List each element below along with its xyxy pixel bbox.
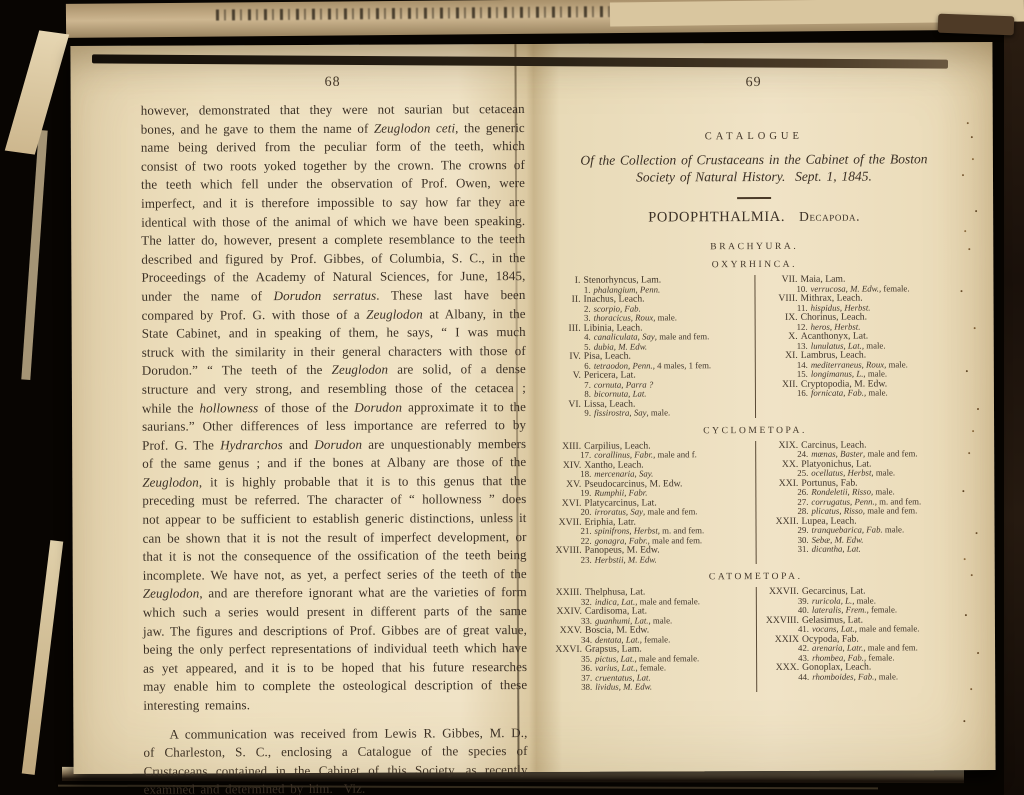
species-entry: 38.lividus, M. Edw. [548,682,752,692]
section-columns: I.Stenorhyncus, Lam.1.phalangium, Penn.I… [536,274,973,418]
page-69: 69 CATALOGUE Of the Collection of Crusta… [515,42,995,772]
order-subtitle: Decapoda. [799,209,860,224]
section-cyclometopa: CYCLOMETOPA.XIII.Carpilius, Leach.17.cor… [537,425,974,565]
species-entry: 9.fissirostra, Say, male. [547,408,751,418]
group-heading: BRACHYURA. [536,241,972,253]
page-68-paragraph-2: A communication was received from Lewis … [143,724,527,795]
stacked-pages-left-edge [21,130,47,380]
binding-smudge [938,14,1015,36]
order-title: PODOPHTHALMIA. [648,209,785,226]
book-cloth-edge [1004,0,1024,795]
species-entry: 23.Herbstii, M. Edw. [548,555,752,565]
column-left: I.Stenorhyncus, Lam.1.phalangium, Penn.I… [536,275,755,418]
column-right: XXVII.Gecarcinus, Lat.39.ruricola, L., m… [756,586,974,691]
page-number-68: 68 [141,74,525,92]
page-68-text-block: however, demonstrated that they were not… [141,100,528,795]
section-oxyrhinca: OXYRHINCA.I.Stenorhyncus, Lam.1.phalangi… [536,259,973,418]
section-label: CATOMETOPA. [538,571,974,583]
stacked-pages-left-lower [22,540,64,775]
catalogue-sections: OXYRHINCA.I.Stenorhyncus, Lam.1.phalangi… [536,259,974,692]
catalogue-title: CATALOGUE [536,130,972,143]
order-heading: PODOPHTHALMIA.Decapoda. [536,208,972,227]
catalogue-subtitle-line-1: Of the Collection of Crustaceans in the … [536,151,972,169]
section-label: OXYRHINCA. [536,259,972,271]
catalogue-subtitle-line-2: Society of Natural History. Sept. 1, 184… [536,168,972,186]
species-entry: 16.fornicata, Fab., male. [764,388,973,398]
column-right: XIX.Carcinus, Leach.24.mœnas, Baster, ma… [755,440,974,564]
page-number-69: 69 [536,74,972,92]
page-68-paragraph-1: however, demonstrated that they were not… [141,100,528,715]
column-left: XIII.Carpilius, Leach.17.corallinus, Fab… [537,441,756,565]
column-left: XXIII.Thelphusa, Lat.32.indica, Lat., ma… [538,587,756,692]
book-photograph: 68 however, demonstrated that they were … [0,0,1024,795]
section-label: CYCLOMETOPA. [537,425,973,437]
column-right: VII.Maia, Lam.10.verrucosa, M. Edw., fem… [754,274,973,417]
foxing-speckles [967,122,969,124]
catalogue-subtitle: Of the Collection of Crustaceans in the … [536,151,972,186]
species-entry: 44.rhomboides, Fab., male. [765,672,974,682]
section-columns: XXIII.Thelphusa, Lat.32.indica, Lat., ma… [538,586,974,692]
divider-rule [737,197,771,199]
section-columns: XIII.Carpilius, Leach.17.corallinus, Fab… [537,440,974,565]
page-68: 68 however, demonstrated that they were … [70,44,518,774]
species-entry: 31.dicantha, Lat. [765,544,974,554]
stacked-pages-left-corner [5,30,69,154]
section-catometopa: CATOMETOPA.XXIII.Thelphusa, Lat.32.indic… [538,571,975,692]
open-book-spread: 68 however, demonstrated that they were … [70,42,995,774]
catalogue-block: CATALOGUE Of the Collection of Crustacea… [536,130,974,692]
